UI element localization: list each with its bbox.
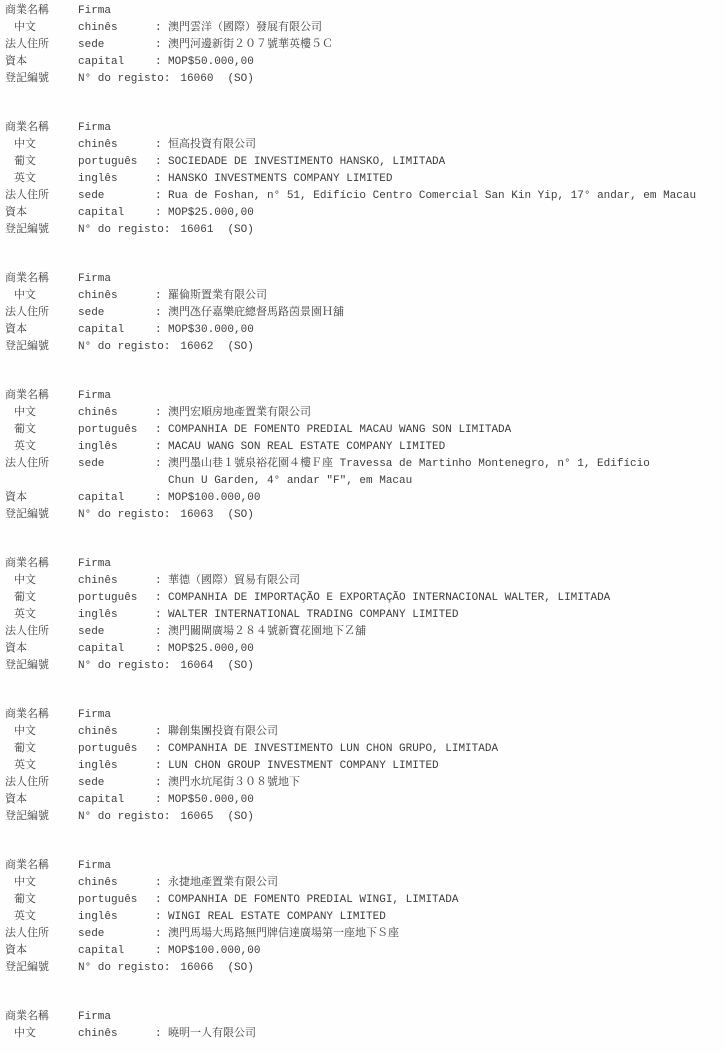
field-value: HANSKO INVESTMENTS COMPANY LIMITED	[168, 171, 717, 188]
field-label-pt: capital	[78, 54, 155, 71]
registo-row: 登記編號 N° do registo: 16061 (SO)	[5, 222, 717, 239]
field-label-pt: inglês	[78, 171, 155, 188]
field-label-zh: 中文	[5, 288, 78, 305]
field-value: WALTER INTERNATIONAL TRADING COMPANY LIM…	[168, 607, 717, 624]
field-label-zh: 中文	[5, 724, 78, 741]
colon-separator: :	[155, 758, 168, 775]
field-label-pt: capital	[78, 205, 155, 222]
entry-fields: 中文 chinês : 澳門宏順房地產置業有限公司 葡文 português :…	[5, 405, 717, 507]
registo-label-zh: 登記編號	[5, 339, 78, 356]
field-value: MACAU WANG SON REAL ESTATE COMPANY LIMIT…	[168, 439, 717, 456]
colon-separator: :	[155, 422, 168, 439]
registo-row: 登記編號 N° do registo: 16063 (SO)	[5, 507, 717, 524]
field-label-zh: 法人住所	[5, 305, 78, 322]
field-value: 澳門宏順房地產置業有限公司	[168, 405, 717, 422]
field-row: 葡文 português : SOCIEDADE DE INVESTIMENTO…	[5, 154, 717, 171]
field-label-pt: capital	[78, 792, 155, 809]
field-label-pt: inglês	[78, 909, 155, 926]
field-value: MOP$100.000,00	[168, 943, 717, 960]
field-value: 永捷地產置業有限公司	[168, 875, 717, 892]
field-value: COMPANHIA DE FOMENTO PREDIAL MACAU WANG …	[168, 422, 717, 439]
field-row: 中文 chinês : 羅倫斯置業有限公司	[5, 288, 717, 305]
field-label-pt: sede	[78, 624, 155, 641]
firma-label-pt: Firma	[78, 556, 155, 573]
field-label-pt: chinês	[78, 405, 155, 422]
firma-label-pt: Firma	[78, 3, 155, 20]
field-value: 澳門氹仔嘉樂庇總督馬路茵景園Ｈ舖	[168, 305, 717, 322]
field-value: LUN CHON GROUP INVESTMENT COMPANY LIMITE…	[168, 758, 717, 775]
field-row: 資本 capital : MOP$100.000,00	[5, 943, 717, 960]
firma-label-pt: Firma	[78, 1009, 155, 1026]
field-label-pt: sede	[78, 37, 155, 54]
field-row: 英文 inglês : WALTER INTERNATIONAL TRADING…	[5, 607, 717, 624]
entry-fields: 中文 chinês : 恒高投資有限公司 葡文 português : SOCI…	[5, 137, 717, 222]
registo-row: 登記編號 N° do registo: 16066 (SO)	[5, 960, 717, 977]
registo-label-pt: N° do registo:	[78, 658, 170, 675]
registo-label-zh: 登記編號	[5, 658, 78, 675]
field-row: 中文 chinês : 恒高投資有限公司	[5, 137, 717, 154]
registo-number: 16063	[180, 507, 213, 524]
field-label-zh: 英文	[5, 758, 78, 775]
field-label-zh: 中文	[5, 573, 78, 590]
field-row: 法人住所 sede : 澳門墨山巷１號泉裕花園４樓Ｆ座 Travessa de …	[5, 456, 717, 490]
registo-label-zh: 登記編號	[5, 507, 78, 524]
firma-label-pt: Firma	[78, 388, 155, 405]
firma-label-zh: 商業名稱	[5, 388, 78, 405]
field-label-pt: chinês	[78, 288, 155, 305]
field-label-zh: 中文	[5, 405, 78, 422]
registry-entry: 商業名稱 Firma 中文 chinês : 羅倫斯置業有限公司 法人住所 se…	[5, 271, 717, 356]
colon-separator: :	[155, 792, 168, 809]
field-value: 澳門墨山巷１號泉裕花園４樓Ｆ座 Travessa de Martinho Mon…	[168, 456, 717, 490]
field-row: 葡文 português : COMPANHIA DE INVESTIMENTO…	[5, 741, 717, 758]
firma-label-pt: Firma	[78, 858, 155, 875]
field-label-zh: 資本	[5, 641, 78, 658]
field-row: 中文 chinês : 澳門宏順房地產置業有限公司	[5, 405, 717, 422]
registry-entry: 商業名稱 Firma 中文 chinês : 澳門雲洋（國際）發展有限公司 法人…	[5, 3, 717, 88]
field-label-zh: 中文	[5, 137, 78, 154]
colon-separator: :	[155, 624, 168, 641]
field-label-pt: inglês	[78, 439, 155, 456]
entry-header-row: 商業名稱 Firma	[5, 388, 717, 405]
field-row: 法人住所 sede : 澳門馬場大馬路無門牌信達廣場第一座地下Ｓ座	[5, 926, 717, 943]
field-label-zh: 資本	[5, 322, 78, 339]
registry-entries-list: 商業名稱 Firma 中文 chinês : 澳門雲洋（國際）發展有限公司 法人…	[5, 3, 717, 1043]
entry-header-row: 商業名稱 Firma	[5, 707, 717, 724]
entry-header-row: 商業名稱 Firma	[5, 3, 717, 20]
registo-row: 登記編號 N° do registo: 16065 (SO)	[5, 809, 717, 826]
colon-separator: :	[155, 1026, 168, 1043]
field-label-zh: 中文	[5, 875, 78, 892]
colon-separator: :	[155, 892, 168, 909]
colon-separator: :	[155, 171, 168, 188]
entry-header-row: 商業名稱 Firma	[5, 1009, 717, 1026]
field-value: 羅倫斯置業有限公司	[168, 288, 717, 305]
field-label-pt: chinês	[78, 724, 155, 741]
entry-header-row: 商業名稱 Firma	[5, 556, 717, 573]
entry-fields: 中文 chinês : 華德（國際）貿易有限公司 葡文 português : …	[5, 573, 717, 658]
field-label-zh: 中文	[5, 1026, 78, 1043]
registo-row: 登記編號 N° do registo: 16060 (SO)	[5, 71, 717, 88]
registo-suffix: (SO)	[227, 809, 253, 826]
field-label-pt: chinês	[78, 137, 155, 154]
registry-entry: 商業名稱 Firma 中文 chinês : 曉明一人有限公司	[5, 1009, 717, 1043]
field-row: 葡文 português : COMPANHIA DE IMPORTAÇÃO E…	[5, 590, 717, 607]
field-label-pt: sede	[78, 456, 155, 473]
registo-row: 登記編號 N° do registo: 16062 (SO)	[5, 339, 717, 356]
colon-separator: :	[155, 875, 168, 892]
registo-number: 16064	[180, 658, 213, 675]
field-label-pt: chinês	[78, 1026, 155, 1043]
field-label-zh: 中文	[5, 20, 78, 37]
field-label-pt: sede	[78, 926, 155, 943]
registo-label-pt: N° do registo:	[78, 809, 170, 826]
registo-suffix: (SO)	[227, 960, 253, 977]
field-row: 資本 capital : MOP$25.000,00	[5, 641, 717, 658]
field-row: 法人住所 sede : 澳門水坑尾街３０８號地下	[5, 775, 717, 792]
registo-label-zh: 登記編號	[5, 71, 78, 88]
registo-label-zh: 登記編號	[5, 809, 78, 826]
field-value: 澳門水坑尾街３０８號地下	[168, 775, 717, 792]
field-value: 澳門雲洋（國際）發展有限公司	[168, 20, 717, 37]
entry-fields: 中文 chinês : 澳門雲洋（國際）發展有限公司 法人住所 sede : 澳…	[5, 20, 717, 71]
registo-number: 16061	[180, 222, 213, 239]
field-row: 中文 chinês : 華德（國際）貿易有限公司	[5, 573, 717, 590]
field-row: 法人住所 sede : 澳門河邊新街２０７號華英樓５Ｃ	[5, 37, 717, 54]
firma-label-pt: Firma	[78, 271, 155, 288]
field-row: 資本 capital : MOP$50.000,00	[5, 54, 717, 71]
firma-label-zh: 商業名稱	[5, 707, 78, 724]
entry-fields: 中文 chinês : 羅倫斯置業有限公司 法人住所 sede : 澳門氹仔嘉樂…	[5, 288, 717, 339]
field-value: MOP$25.000,00	[168, 205, 717, 222]
colon-separator: :	[155, 641, 168, 658]
colon-separator: :	[155, 607, 168, 624]
field-value: 聯創集團投資有限公司	[168, 724, 717, 741]
field-value: MOP$50.000,00	[168, 792, 717, 809]
firma-label-zh: 商業名稱	[5, 858, 78, 875]
colon-separator: :	[155, 137, 168, 154]
registo-label-zh: 登記編號	[5, 960, 78, 977]
entry-fields: 中文 chinês : 曉明一人有限公司	[5, 1026, 717, 1043]
colon-separator: :	[155, 305, 168, 322]
colon-separator: :	[155, 20, 168, 37]
field-row: 中文 chinês : 曉明一人有限公司	[5, 1026, 717, 1043]
field-label-zh: 資本	[5, 490, 78, 507]
field-value: Rua de Foshan, n° 51, Edifício Centro Co…	[168, 188, 717, 205]
registry-entry: 商業名稱 Firma 中文 chinês : 恒高投資有限公司 葡文 portu…	[5, 120, 717, 239]
field-label-pt: chinês	[78, 875, 155, 892]
field-label-pt: chinês	[78, 573, 155, 590]
registo-suffix: (SO)	[227, 507, 253, 524]
firma-label-pt: Firma	[78, 707, 155, 724]
field-label-zh: 葡文	[5, 154, 78, 171]
field-label-zh: 法人住所	[5, 37, 78, 54]
field-value: 澳門關閘廣場２８４號新寶花園地下Ｚ舖	[168, 624, 717, 641]
colon-separator: :	[155, 590, 168, 607]
registo-label-zh: 登記編號	[5, 222, 78, 239]
field-label-zh: 葡文	[5, 590, 78, 607]
registo-number: 16066	[180, 960, 213, 977]
field-label-pt: português	[78, 154, 155, 171]
field-label-pt: sede	[78, 305, 155, 322]
field-value: COMPANHIA DE IMPORTAÇÃO E EXPORTAÇÃO INT…	[168, 590, 717, 607]
colon-separator: :	[155, 405, 168, 422]
field-label-pt: português	[78, 422, 155, 439]
entry-fields: 中文 chinês : 聯創集團投資有限公司 葡文 português : CO…	[5, 724, 717, 809]
colon-separator: :	[155, 573, 168, 590]
firma-label-pt: Firma	[78, 120, 155, 137]
field-row: 英文 inglês : HANSKO INVESTMENTS COMPANY L…	[5, 171, 717, 188]
field-value: MOP$100.000,00	[168, 490, 717, 507]
field-label-pt: inglês	[78, 607, 155, 624]
field-label-pt: capital	[78, 322, 155, 339]
field-label-pt: capital	[78, 943, 155, 960]
field-label-zh: 法人住所	[5, 456, 78, 473]
gazette-page: 商業名稱 Firma 中文 chinês : 澳門雲洋（國際）發展有限公司 法人…	[0, 0, 725, 1053]
registo-number: 16065	[180, 809, 213, 826]
field-row: 英文 inglês : LUN CHON GROUP INVESTMENT CO…	[5, 758, 717, 775]
colon-separator: :	[155, 54, 168, 71]
colon-separator: :	[155, 456, 168, 473]
field-row: 葡文 português : COMPANHIA DE FOMENTO PRED…	[5, 422, 717, 439]
field-row: 資本 capital : MOP$25.000,00	[5, 205, 717, 222]
registry-entry: 商業名稱 Firma 中文 chinês : 華德（國際）貿易有限公司 葡文 p…	[5, 556, 717, 675]
field-row: 英文 inglês : MACAU WANG SON REAL ESTATE C…	[5, 439, 717, 456]
field-value: SOCIEDADE DE INVESTIMENTO HANSKO, LIMITA…	[168, 154, 717, 171]
field-label-pt: inglês	[78, 758, 155, 775]
field-value: COMPANHIA DE FOMENTO PREDIAL WINGI, LIMI…	[168, 892, 717, 909]
entry-header-row: 商業名稱 Firma	[5, 858, 717, 875]
registo-suffix: (SO)	[227, 222, 253, 239]
field-label-pt: português	[78, 590, 155, 607]
colon-separator: :	[155, 205, 168, 222]
colon-separator: :	[155, 943, 168, 960]
field-row: 葡文 português : COMPANHIA DE FOMENTO PRED…	[5, 892, 717, 909]
firma-label-zh: 商業名稱	[5, 120, 78, 137]
field-label-zh: 法人住所	[5, 188, 78, 205]
entry-header-row: 商業名稱 Firma	[5, 271, 717, 288]
field-label-zh: 英文	[5, 607, 78, 624]
field-value: MOP$25.000,00	[168, 641, 717, 658]
field-row: 中文 chinês : 聯創集團投資有限公司	[5, 724, 717, 741]
field-label-zh: 資本	[5, 205, 78, 222]
registo-label-pt: N° do registo:	[78, 222, 170, 239]
colon-separator: :	[155, 37, 168, 54]
colon-separator: :	[155, 775, 168, 792]
registry-entry: 商業名稱 Firma 中文 chinês : 永捷地產置業有限公司 葡文 por…	[5, 858, 717, 977]
firma-label-zh: 商業名稱	[5, 3, 78, 20]
field-label-pt: capital	[78, 641, 155, 658]
registo-label-pt: N° do registo:	[78, 71, 170, 88]
field-label-pt: capital	[78, 490, 155, 507]
field-label-zh: 葡文	[5, 892, 78, 909]
colon-separator: :	[155, 926, 168, 943]
field-label-zh: 法人住所	[5, 624, 78, 641]
colon-separator: :	[155, 724, 168, 741]
field-row: 資本 capital : MOP$100.000,00	[5, 490, 717, 507]
field-value: MOP$50.000,00	[168, 54, 717, 71]
colon-separator: :	[155, 188, 168, 205]
field-value: COMPANHIA DE INVESTIMENTO LUN CHON GRUPO…	[168, 741, 717, 758]
field-row: 英文 inglês : WINGI REAL ESTATE COMPANY LI…	[5, 909, 717, 926]
field-row: 中文 chinês : 澳門雲洋（國際）發展有限公司	[5, 20, 717, 37]
field-label-pt: sede	[78, 188, 155, 205]
field-label-zh: 葡文	[5, 422, 78, 439]
field-label-zh: 資本	[5, 943, 78, 960]
entry-header-row: 商業名稱 Firma	[5, 120, 717, 137]
registo-suffix: (SO)	[227, 71, 253, 88]
field-label-zh: 資本	[5, 54, 78, 71]
field-row: 中文 chinês : 永捷地產置業有限公司	[5, 875, 717, 892]
field-label-pt: português	[78, 892, 155, 909]
field-value: WINGI REAL ESTATE COMPANY LIMITED	[168, 909, 717, 926]
registo-label-pt: N° do registo:	[78, 507, 170, 524]
registry-entry: 商業名稱 Firma 中文 chinês : 澳門宏順房地產置業有限公司 葡文 …	[5, 388, 717, 524]
field-row: 法人住所 sede : 澳門氹仔嘉樂庇總督馬路茵景園Ｈ舖	[5, 305, 717, 322]
field-label-zh: 法人住所	[5, 775, 78, 792]
field-row: 資本 capital : MOP$50.000,00	[5, 792, 717, 809]
field-row: 法人住所 sede : Rua de Foshan, n° 51, Edifíc…	[5, 188, 717, 205]
field-row: 資本 capital : MOP$30.000,00	[5, 322, 717, 339]
field-value: 曉明一人有限公司	[168, 1026, 717, 1043]
field-label-zh: 英文	[5, 171, 78, 188]
colon-separator: :	[155, 909, 168, 926]
field-label-zh: 英文	[5, 439, 78, 456]
registo-label-pt: N° do registo:	[78, 960, 170, 977]
field-label-pt: chinês	[78, 20, 155, 37]
colon-separator: :	[155, 741, 168, 758]
registo-row: 登記編號 N° do registo: 16064 (SO)	[5, 658, 717, 675]
colon-separator: :	[155, 490, 168, 507]
colon-separator: :	[155, 154, 168, 171]
field-value: 恒高投資有限公司	[168, 137, 717, 154]
registo-number: 16060	[180, 71, 213, 88]
field-label-pt: português	[78, 741, 155, 758]
firma-label-zh: 商業名稱	[5, 271, 78, 288]
registo-suffix: (SO)	[227, 658, 253, 675]
field-value: MOP$30.000,00	[168, 322, 717, 339]
entry-fields: 中文 chinês : 永捷地產置業有限公司 葡文 português : CO…	[5, 875, 717, 960]
field-label-zh: 資本	[5, 792, 78, 809]
colon-separator: :	[155, 322, 168, 339]
field-value: 華德（國際）貿易有限公司	[168, 573, 717, 590]
field-label-zh: 英文	[5, 909, 78, 926]
colon-separator: :	[155, 439, 168, 456]
field-label-zh: 葡文	[5, 741, 78, 758]
field-value: 澳門馬場大馬路無門牌信達廣場第一座地下Ｓ座	[168, 926, 717, 943]
registry-entry: 商業名稱 Firma 中文 chinês : 聯創集團投資有限公司 葡文 por…	[5, 707, 717, 826]
field-value: 澳門河邊新街２０７號華英樓５Ｃ	[168, 37, 717, 54]
firma-label-zh: 商業名稱	[5, 1009, 78, 1026]
field-label-zh: 法人住所	[5, 926, 78, 943]
registo-label-pt: N° do registo:	[78, 339, 170, 356]
field-label-pt: sede	[78, 775, 155, 792]
registo-number: 16062	[180, 339, 213, 356]
field-row: 法人住所 sede : 澳門關閘廣場２８４號新寶花園地下Ｚ舖	[5, 624, 717, 641]
colon-separator: :	[155, 288, 168, 305]
registo-suffix: (SO)	[227, 339, 253, 356]
firma-label-zh: 商業名稱	[5, 556, 78, 573]
